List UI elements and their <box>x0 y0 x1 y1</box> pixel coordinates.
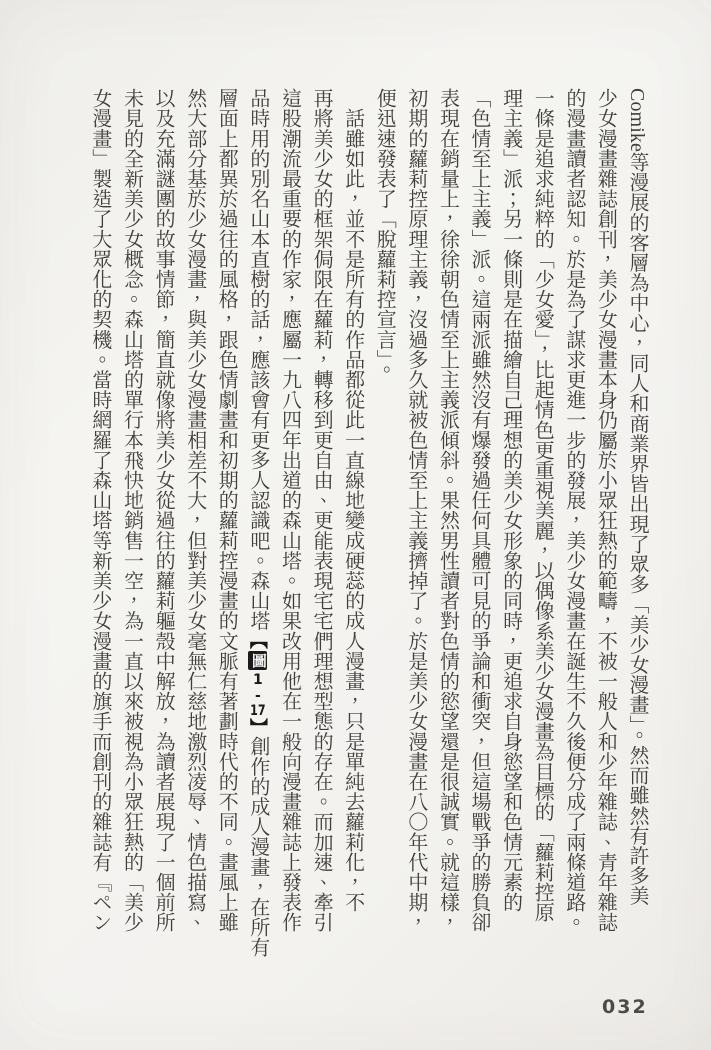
text-run: 理主義」派；另一條則是在描繪自己理想的美少女形象的同時，更追求自身慾望和色情元素… <box>500 88 522 912</box>
text-column: 再將美少女的框架侷限在蘿莉，轉移到更自由、更能表現宅宅們理想型態的存在。而加速、… <box>304 88 336 934</box>
figure-number-hyphen: - <box>250 688 266 704</box>
text-run: 女漫畫」製造了大眾化的契機。當時網羅了森山塔等新美少女漫畫的旗手而創刊的雜誌有『… <box>89 88 111 932</box>
text-column: 然大部分基於少女漫畫，與美少女漫畫相差不大，但對美少女毫無仁慈地激烈凌辱、情色描… <box>178 88 210 934</box>
text-run: 初期的蘿莉控原理主義，沒過多久就被色情至上主義擠掉了。於是美少女漫畫在八〇年代中… <box>405 88 427 932</box>
text-column: 理主義」派；另一條則是在描繪自己理想的美少女形象的同時，更追求自身慾望和色情元素… <box>494 88 526 934</box>
book-page: Comike等漫展的客層為中心，同人和商業界皆出現了眾多「美少女漫畫」。然而雖然… <box>0 0 711 1050</box>
text-run: 少女漫畫雜誌創刊，美少女漫畫本身仍屬於小眾狂熱的範疇，不被一般人和少年雜誌、青年… <box>594 88 616 932</box>
text-run: 表現在銷量上，徐徐朝色情至上主義派傾斜。果然男性讀者對色情的慾望還是很誠實。就這… <box>436 88 458 932</box>
text-run: 層面上都異於過往的風格，跟色情劇畫和初期的蘿莉控漫畫的文脈有著劃時代的不同。畫風… <box>215 88 237 932</box>
text-column: 表現在銷量上，徐徐朝色情至上主義派傾斜。果然男性讀者對色情的慾望還是很誠實。就這… <box>431 88 463 934</box>
figure-number: 1 <box>250 672 266 688</box>
text-column: 品時用的別名山本直樹的話，應該會有更多人認識吧。森山塔【圖1-17】創作的成人漫… <box>241 88 273 934</box>
text-run: 「色情至上主義」派。這兩派雖然沒有爆發過任何具體可見的爭論和衝突，但這場戰爭的勝… <box>468 88 490 932</box>
text-column: 初期的蘿莉控原理主義，沒過多久就被色情至上主義擠掉了。於是美少女漫畫在八〇年代中… <box>399 88 431 934</box>
text-run: Comike等漫展的客層為中心，同人和商業界皆出現了眾多「美少女漫畫」。然而雖然… <box>626 88 648 906</box>
page-number: 032 <box>602 996 648 1018</box>
text-run: 便迅速發表了「脫蘿莉控宣言」。 <box>373 88 395 380</box>
text-column: 這股潮流最重要的作家，應屬一九八四年出道的森山塔。如果改用他在一般向漫畫雜誌上發… <box>273 88 305 934</box>
text-column: 以及充滿謎團的故事情節，簡直就像將美少女從過往的蘿莉軀殼中解放，為讀者展現了一個… <box>147 88 179 934</box>
text-column: 便迅速發表了「脫蘿莉控宣言」。 <box>368 88 400 934</box>
text-run: 然大部分基於少女漫畫，與美少女漫畫相差不大，但對美少女毫無仁慈地激烈凌辱、情色描… <box>184 88 206 932</box>
text-run: 一條是追求純粹的「少女愛」，比起情色更重視美麗，以偶像系美少女漫畫為目標的「蘿莉… <box>531 88 553 922</box>
text-run: 這股潮流最重要的作家，應屬一九八四年出道的森山塔。如果改用他在一般向漫畫雜誌上發… <box>278 88 300 932</box>
text-column: 未見的全新美少女概念。森山塔的單行本飛快地銷售一空，為一直以來被視為小眾狂熱的「… <box>115 88 147 934</box>
text-column: Comike等漫展的客層為中心，同人和商業界皆出現了眾多「美少女漫畫」。然而雖然… <box>620 88 652 934</box>
text-run: 話雖如此，並不是所有的作品都從此一直線地變成硬蕊的成人漫畫，只是單純去蘿莉化，不 <box>342 88 364 912</box>
text-run: 以及充滿謎團的故事情節，簡直就像將美少女從過往的蘿莉軀殼中解放，為讀者展現了一個… <box>152 88 174 932</box>
text-column: 少女漫畫雜誌創刊，美少女漫畫本身仍屬於小眾狂熱的範疇，不被一般人和少年雜誌、青年… <box>589 88 621 934</box>
text-column: 一條是追求純粹的「少女愛」，比起情色更重視美麗，以偶像系美少女漫畫為目標的「蘿莉… <box>526 88 558 934</box>
text-column: 話雖如此，並不是所有的作品都從此一直線地變成硬蕊的成人漫畫，只是單純去蘿莉化，不 <box>336 88 368 934</box>
text-column: 女漫畫」製造了大眾化的契機。當時網羅了森山塔等新美少女漫畫的旗手而創刊的雜誌有『… <box>83 88 115 934</box>
text-column: 的漫畫讀者認知。於是為了謀求更進一步的發展，美少女漫畫在誕生不久後便分成了兩條道… <box>557 88 589 934</box>
text-column: 「色情至上主義」派。這兩派雖然沒有爆發過任何具體可見的爭論和衝突，但這場戰爭的勝… <box>462 88 494 934</box>
text-run: 品時用的別名山本直樹的話，應該會有更多人認識吧。森山塔 <box>247 88 269 631</box>
text-run: 的漫畫讀者認知。於是為了謀求更進一步的發展，美少女漫畫在誕生不久後便分成了兩條道… <box>563 88 585 932</box>
figure-label-icon: 圖 <box>248 651 267 670</box>
text-run: 未見的全新美少女概念。森山塔的單行本飛快地銷售一空，為一直以來被視為小眾狂熱的「… <box>121 88 143 932</box>
text-run: 創作的成人漫畫，在所有 <box>247 736 269 957</box>
article-text: Comike等漫展的客層為中心，同人和商業界皆出現了眾多「美少女漫畫」。然而雖然… <box>82 88 652 934</box>
text-column: 層面上都異於過往的風格，跟色情劇畫和初期的蘿莉控漫畫的文脈有著劃時代的不同。畫風… <box>210 88 242 934</box>
figure-reference: 【圖1-17】 <box>247 631 269 736</box>
figure-ref-open-bracket: 【 <box>248 631 268 649</box>
figure-number: 17 <box>250 704 266 718</box>
figure-ref-close-bracket: 】 <box>248 718 268 736</box>
text-run: 再將美少女的框架侷限在蘿莉，轉移到更自由、更能表現宅宅們理想型態的存在。而加速、… <box>310 88 332 932</box>
